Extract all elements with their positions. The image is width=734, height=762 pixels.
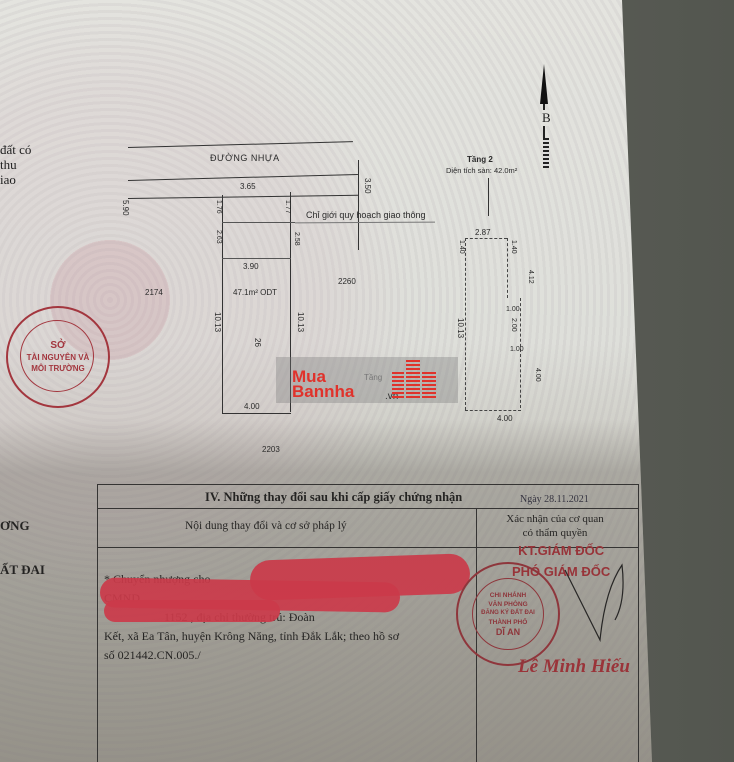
floor2-pointer <box>488 178 489 216</box>
floor2-area: Diện tích sàn: 42.0m² <box>446 166 517 175</box>
dim-top-front: 3.65 <box>240 182 256 191</box>
margin-line: iao <box>0 172 31 187</box>
dim-setback-left: 1.76 <box>215 200 222 214</box>
left-margin-text: đất có thu iao <box>0 142 31 187</box>
dim-bottom: 4.00 <box>244 402 260 411</box>
signature-icon <box>560 560 630 650</box>
neighbor-left: 2174 <box>145 288 163 297</box>
signer-title-line: KT.GIÁM ĐỐC <box>512 540 610 561</box>
stamp-land-registry: CHI NHÁNH VĂN PHÒNG ĐĂNG KÝ ĐẤT ĐAI THÀN… <box>456 562 560 666</box>
neighbor-bottom: 2203 <box>262 445 280 454</box>
entry-line: Kết, xã Ea Tân, huyện Krông Năng, tỉnh Đ… <box>104 627 484 646</box>
plot-bottom-edge <box>222 413 291 414</box>
floor2-dim-bottom: 4.00 <box>497 414 513 423</box>
watermark-building-icon <box>406 360 420 400</box>
dim-side-left: 10.13 <box>213 312 222 332</box>
col-content-header: Nội dung thay đổi và cơ sở pháp lý <box>185 520 347 532</box>
watermark-ghost-text: Tầng <box>364 373 382 382</box>
margin-line: thu <box>0 157 31 172</box>
north-arrow-label: B <box>542 110 551 126</box>
floor2-dim-r5: 1.00 <box>510 346 524 353</box>
section-title: IV. Những thay đổi sau khi cấp giấy chứn… <box>205 490 462 505</box>
signer-name: Lê Minh Hiếu <box>518 656 630 678</box>
planning-line-label: Chỉ giới quy hoạch giao thông <box>306 210 425 220</box>
floor2-dim-r4: 2.00 <box>510 318 517 332</box>
floor2-right-edge-2 <box>520 298 521 408</box>
road-edge <box>358 160 359 250</box>
floor2-dim-r2: 4.12 <box>527 270 534 284</box>
stamp-department: SỞ TÀI NGUYÊN VÀ MÔI TRƯỜNG <box>6 306 110 408</box>
left-header: ẤT ĐAI <box>0 562 45 578</box>
watermark-building-icon <box>422 372 436 400</box>
plot-number: 26 <box>253 338 262 347</box>
floor2-top-edge <box>465 238 507 239</box>
confirm-header-line: có thẩm quyền <box>480 526 630 540</box>
left-header: ƠNG <box>0 518 30 534</box>
neighbor-right: 2260 <box>338 277 356 286</box>
dim-inner-left: 2.63 <box>215 230 222 244</box>
dim-road-depth-right: 3.50 <box>363 178 372 194</box>
redaction-mark <box>104 600 280 622</box>
road-label: ĐƯỜNG NHỰA <box>210 153 280 163</box>
floor2-bottom-edge <box>465 410 521 411</box>
dim-road-depth-left: 5.90 <box>121 200 130 216</box>
north-arrow-tail <box>543 138 549 168</box>
plot-left-edge <box>222 195 223 413</box>
plot-area-label: 47.1m² ODT <box>233 288 277 297</box>
floor2-dim-r1: 1.40 <box>510 240 517 254</box>
confirm-header-line: Xác nhận của cơ quan <box>480 512 630 526</box>
col-confirm-header: Xác nhận của cơ quan có thẩm quyền <box>480 512 630 540</box>
planning-line <box>222 222 295 223</box>
dim-width: 3.90 <box>243 262 259 271</box>
floor2-right-edge-1 <box>507 238 508 298</box>
floor2-dim-top: 2.87 <box>475 228 491 237</box>
dim-setback-right: 1.77 <box>284 200 291 214</box>
dim-side-right: 10.13 <box>296 312 305 332</box>
change-date: Ngày 28.11.2021 <box>520 494 589 505</box>
north-arrow-icon <box>540 64 548 104</box>
floor2-dim-r3: 1.00 <box>506 306 520 313</box>
watermark-line2: Bannha <box>292 383 354 400</box>
table-line <box>97 508 638 509</box>
floor2-left-edge <box>465 238 466 410</box>
entry-line: số 021442.CN.005./ <box>104 646 484 665</box>
floor2-dim-right-bottom: 4.00 <box>534 368 541 382</box>
margin-line: đất có <box>0 142 31 157</box>
watermark-building-icon <box>392 372 404 398</box>
floor2-dim-left-top: 1.40 <box>458 240 465 254</box>
floor2-dim-left-side: 10.13 <box>456 318 465 338</box>
plot-inner-line <box>222 258 291 259</box>
floor2-title: Tầng 2 <box>467 155 493 164</box>
dim-inner-right: 2.58 <box>293 232 300 246</box>
